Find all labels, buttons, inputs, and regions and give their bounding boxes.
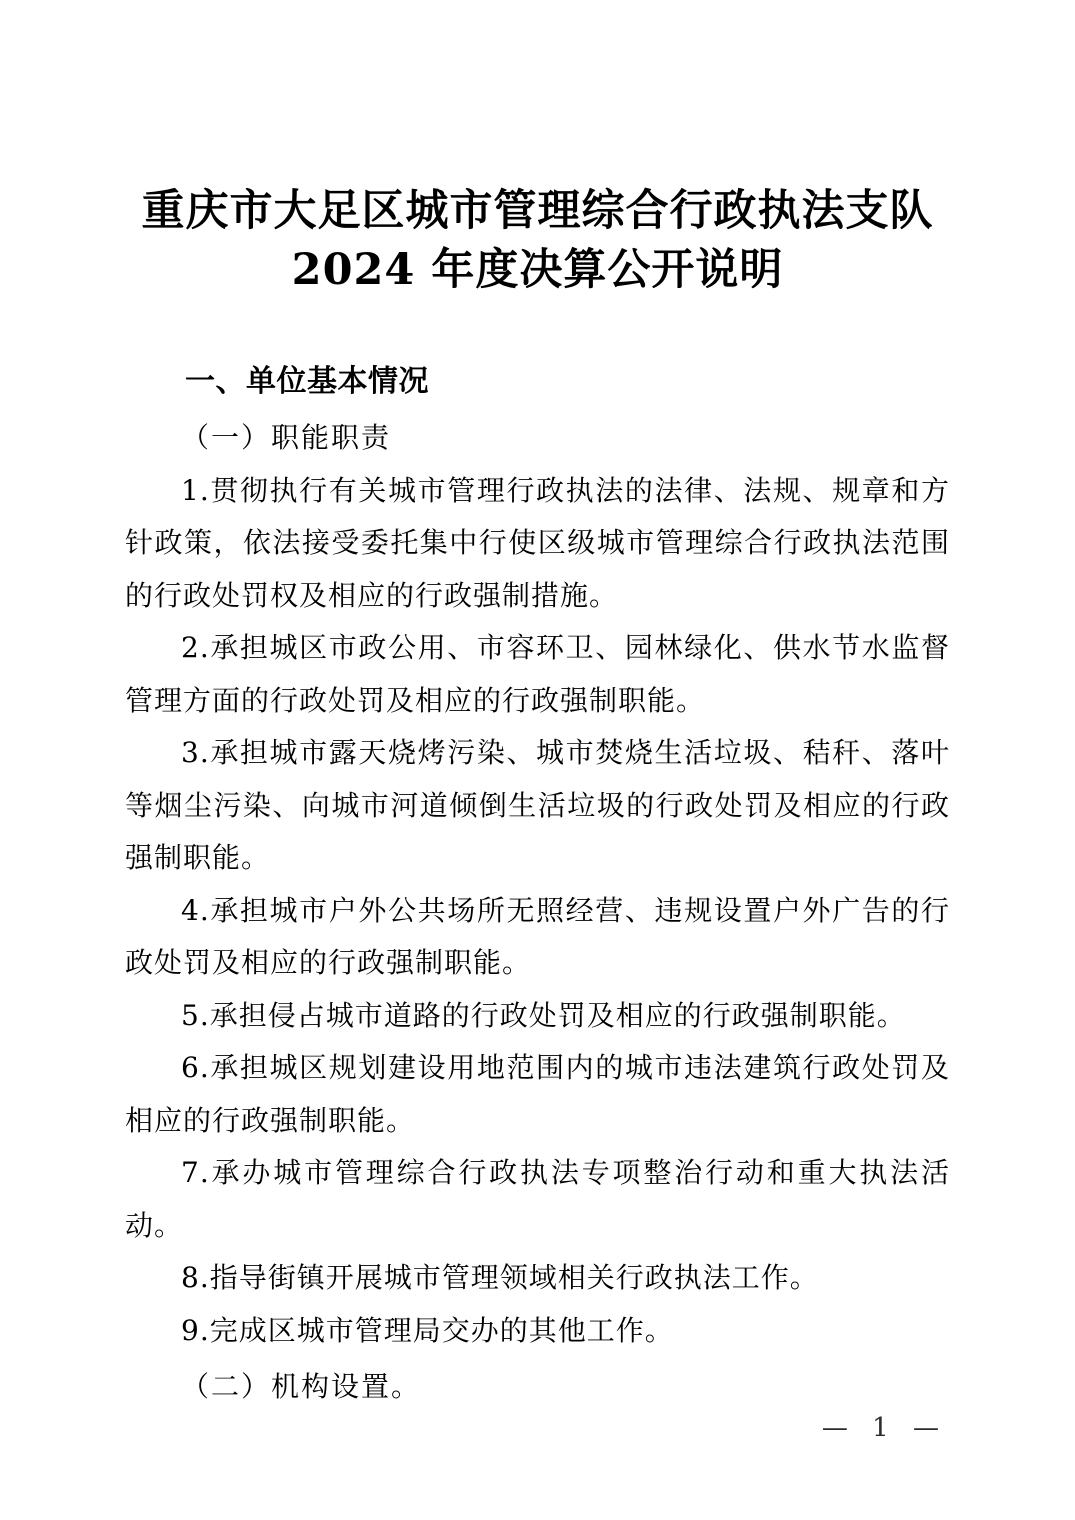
paragraph-9: 9.完成区城市管理局交办的其他工作。 [125,1305,950,1358]
document-title-line1: 重庆市大足区城市管理综合行政执法支队 [90,182,985,241]
subsection-heading-functions: （一）职能职责 [125,412,950,465]
paragraph-2: 2.承担城区市政公用、市容环卫、园林绿化、供水节水监督管理方面的行政处罚及相应的… [125,622,950,727]
document-body: 一、单位基本情况 （一）职能职责 1.贯彻执行有关城市管理行政执法的法律、法规、… [125,356,950,1414]
page-number: — 1 — [822,1410,947,1446]
document-title: 重庆市大足区城市管理综合行政执法支队 2024 年度决算公开说明 [90,182,985,300]
document-page: 重庆市大足区城市管理综合行政执法支队 2024 年度决算公开说明 一、单位基本情… [0,0,1075,1520]
paragraph-3: 3.承担城市露天烧烤污染、城市焚烧生活垃圾、秸秆、落叶等烟尘污染、向城市河道倾倒… [125,727,950,885]
paragraph-1: 1.贯彻执行有关城市管理行政执法的法律、法规、规章和方针政策，依法接受委托集中行… [125,465,950,623]
paragraph-7: 7.承办城市管理综合行政执法专项整治行动和重大执法活动。 [125,1147,950,1252]
paragraph-6: 6.承担城区规划建设用地范围内的城市违法建筑行政处罚及相应的行政强制职能。 [125,1042,950,1147]
paragraph-4: 4.承担城市户外公共场所无照经营、违规设置户外广告的行政处罚及相应的行政强制职能… [125,885,950,990]
subsection-heading-structure: （二）机构设置。 [125,1361,950,1414]
document-title-line2: 2024 年度决算公开说明 [90,241,985,300]
paragraph-8: 8.指导街镇开展城市管理领域相关行政执法工作。 [125,1252,950,1305]
section-heading-basic-info: 一、单位基本情况 [125,356,950,408]
paragraph-5: 5.承担侵占城市道路的行政处罚及相应的行政强制职能。 [125,990,950,1043]
